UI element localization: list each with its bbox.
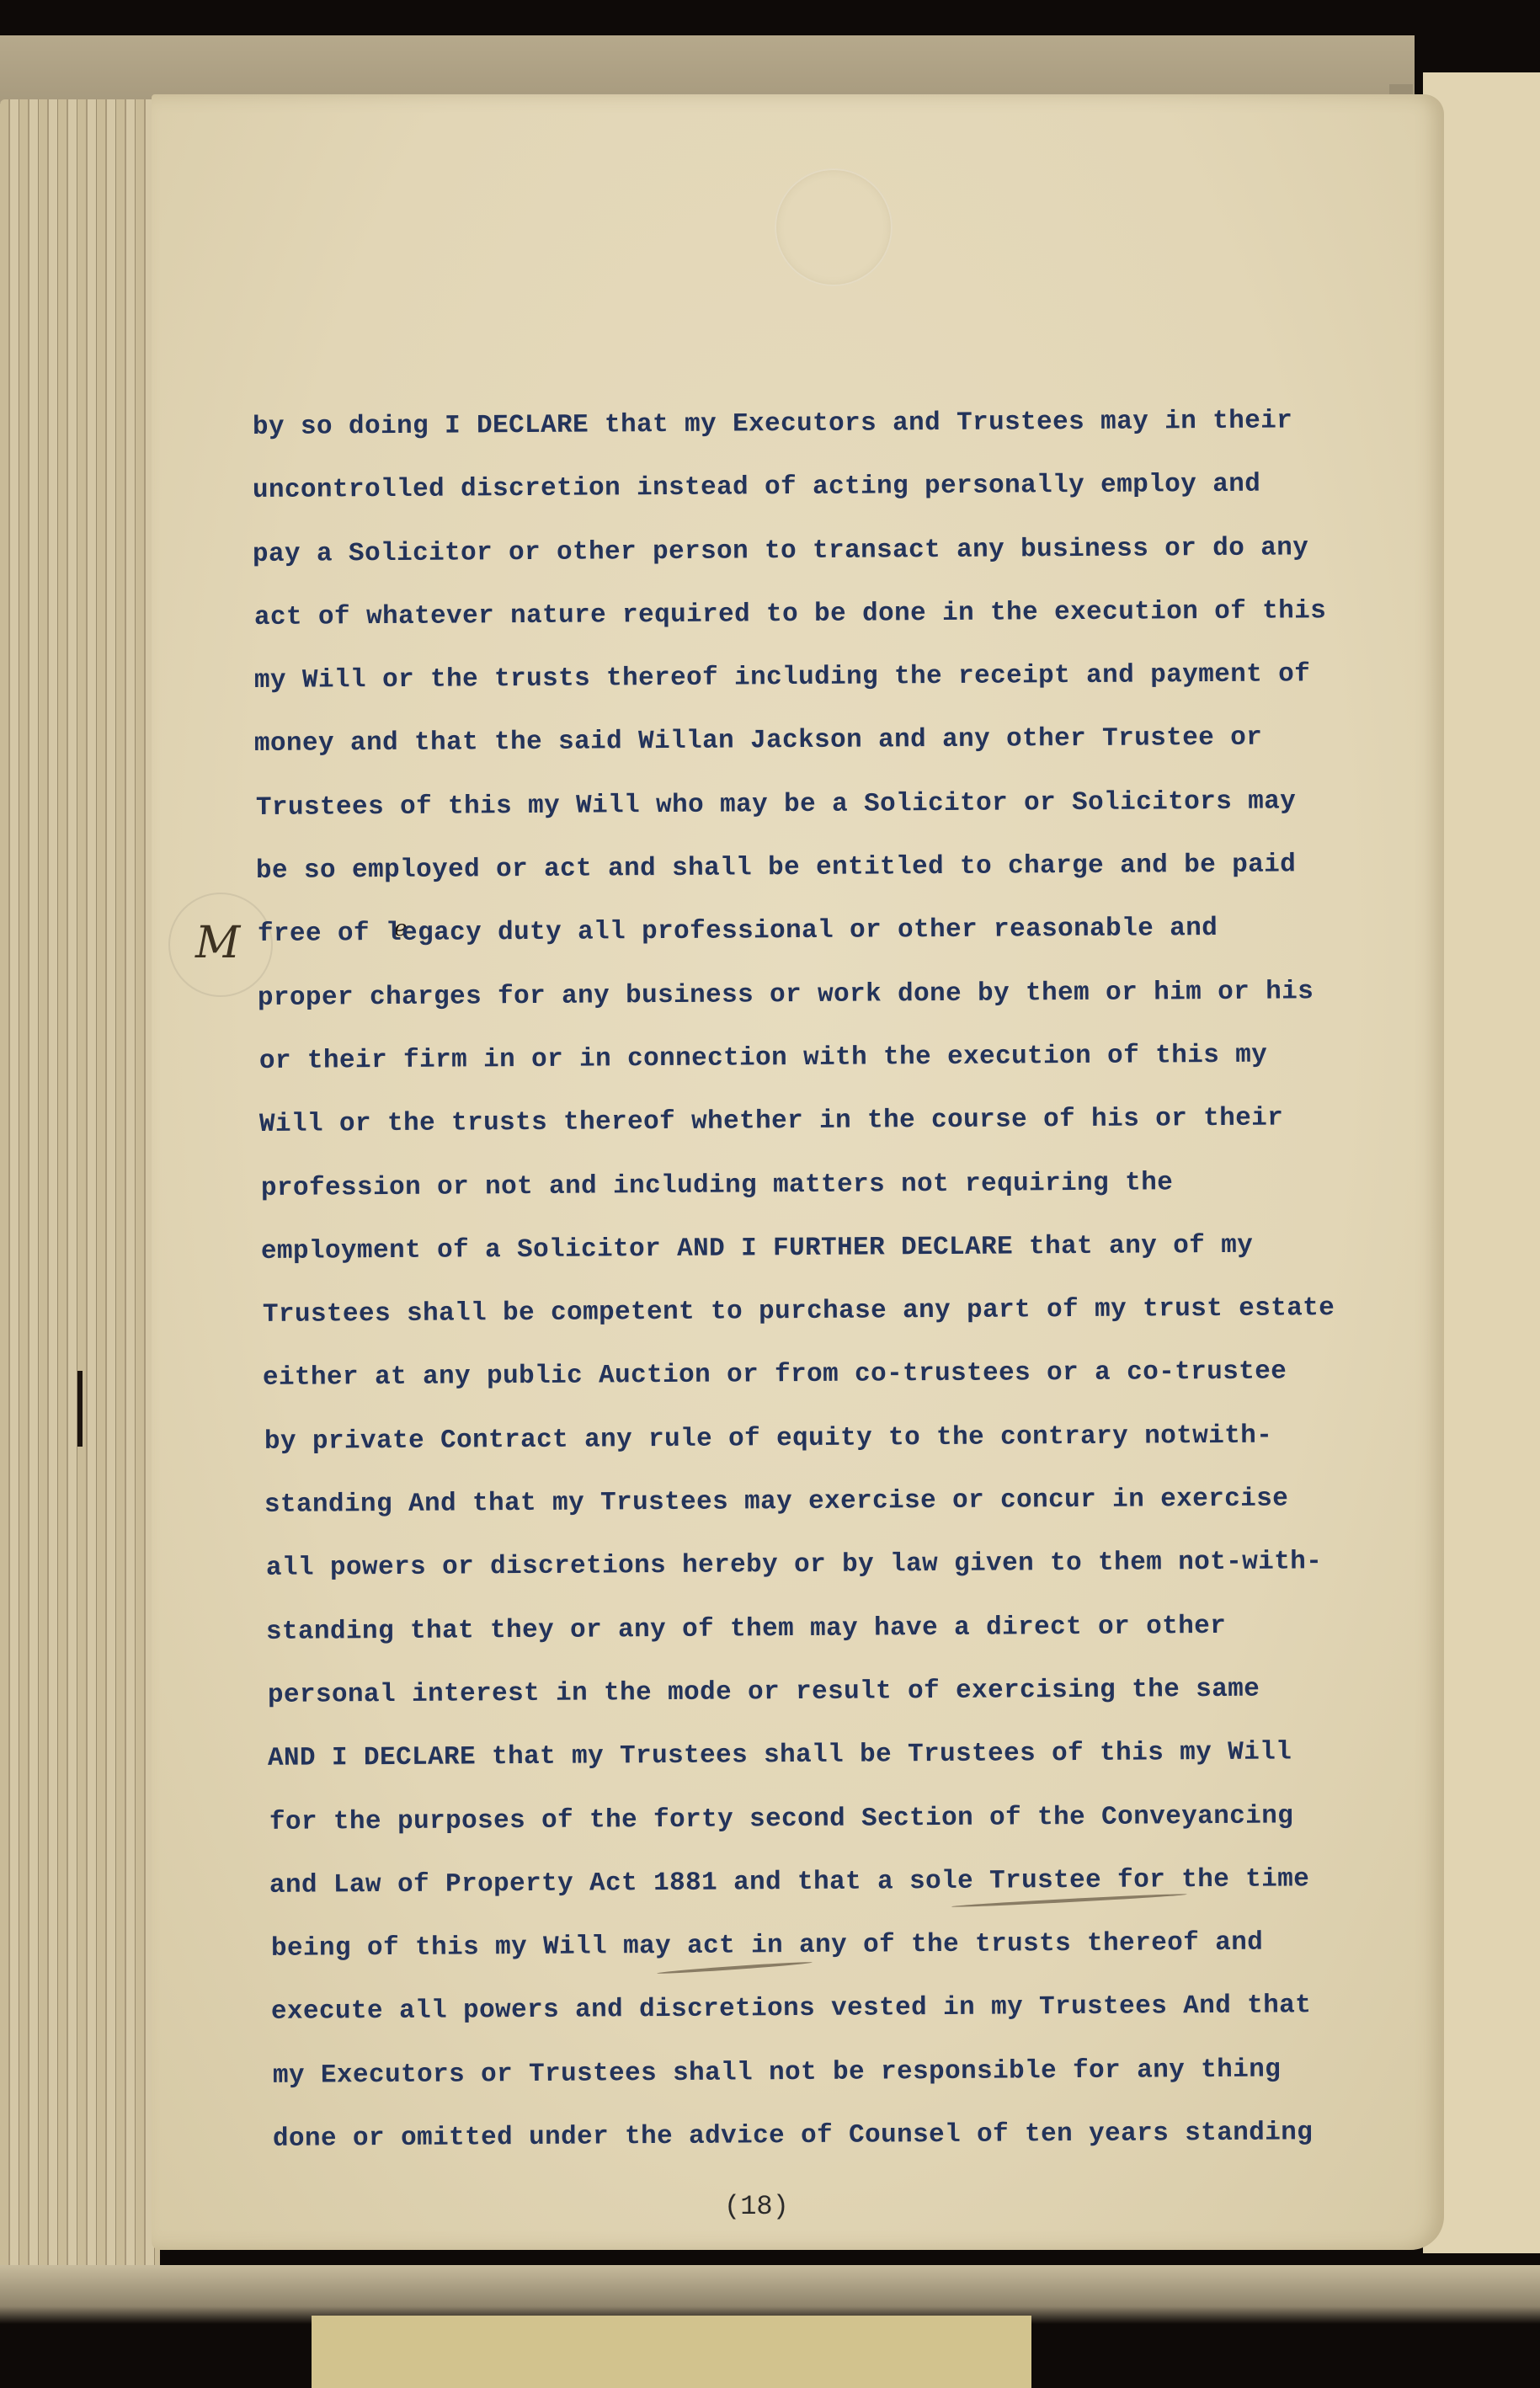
text-line: all powers or discretions hereby or by l…	[266, 1530, 1428, 1601]
text-line: either at any public Auction or from co-…	[263, 1340, 1425, 1410]
page-stack-edges	[0, 99, 160, 2305]
text-line: by so doing I DECLARE that my Executors …	[253, 389, 1415, 460]
page-number: (18)	[724, 2191, 789, 2222]
text-line: my Will or the trusts thereof including …	[254, 642, 1416, 713]
text-line: execute all powers and discretions veste…	[271, 1974, 1433, 2044]
stack-mark	[77, 1371, 83, 1447]
text-line: AND I DECLARE that my Trustees shall be …	[268, 1720, 1430, 1791]
text-line: by private Contract any rule of equity t…	[264, 1403, 1426, 1474]
text-line: standing that they or any of them may ha…	[266, 1593, 1428, 1664]
embossed-seal-icon	[775, 168, 893, 286]
text-line: free of legacy duty all professional or …	[258, 896, 1420, 967]
text-line: my Executors or Trustees shall not be re…	[273, 2037, 1435, 2108]
text-line: employment of a Solicitor AND I FURTHER …	[261, 1213, 1423, 1283]
bottom-paper-tab	[312, 2316, 1031, 2388]
text-line: or their firm in or in connection with t…	[259, 1022, 1421, 1093]
text-line: pay a Solicitor or other person to trans…	[253, 515, 1415, 586]
text-line: act of whatever nature required to be do…	[254, 578, 1416, 649]
document-body: by so doing I DECLARE that my Executors …	[253, 396, 1415, 2171]
text-line: standing And that my Trustees may exerci…	[264, 1467, 1426, 1538]
text-line: Will or the trusts thereof whether in th…	[259, 1086, 1421, 1157]
text-line: profession or not and including matters …	[261, 1149, 1423, 1220]
text-line: done or omitted under the advice of Coun…	[273, 2100, 1435, 2171]
text-line: be so employed or act and shall be entit…	[256, 833, 1418, 903]
text-line: proper charges for any business or work …	[258, 959, 1420, 1030]
margin-initial: M	[195, 918, 240, 968]
text-line: being of this my Will may act in any of …	[271, 1911, 1433, 1981]
text-line: and Law of Property Act 1881 and that a …	[269, 1847, 1431, 1917]
text-line: money and that the said Willan Jackson a…	[254, 706, 1416, 776]
text-line: Trustees of this my Will who may be a So…	[256, 769, 1418, 840]
text-line: uncontrolled discretion instead of actin…	[253, 452, 1415, 523]
text-line: personal interest in the mode or result …	[268, 1656, 1430, 1727]
text-line: for the purposes of the forty second Sec…	[269, 1783, 1431, 1854]
text-line: Trustees shall be competent to purchase …	[263, 1277, 1425, 1347]
